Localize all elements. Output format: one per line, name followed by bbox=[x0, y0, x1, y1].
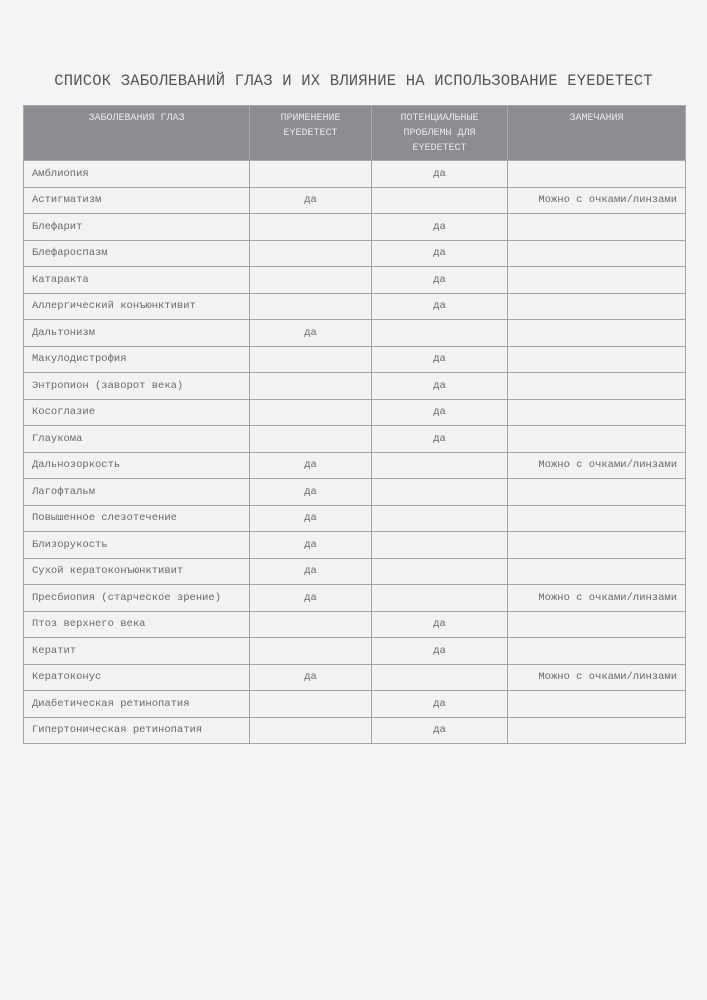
disease-name-cell: Лагофтальм bbox=[24, 479, 250, 506]
application-cell bbox=[250, 638, 372, 665]
table-row: Блефаритда bbox=[24, 214, 686, 241]
potential-problem-cell bbox=[372, 320, 508, 347]
table-row: КератоконусдаМожно с очками/линзами bbox=[24, 664, 686, 691]
potential-problem-cell: да bbox=[372, 240, 508, 267]
application-cell: да bbox=[250, 558, 372, 585]
header-notes: ЗАМЕЧАНИЯ bbox=[508, 106, 686, 161]
note-cell bbox=[508, 293, 686, 320]
potential-problem-cell bbox=[372, 187, 508, 214]
application-cell: да bbox=[250, 187, 372, 214]
disease-name-cell: Амблиопия bbox=[24, 161, 250, 188]
potential-problem-cell: да bbox=[372, 717, 508, 744]
note-cell bbox=[508, 373, 686, 400]
table-body: АмблиопиядаАстигматизмдаМожно с очками/л… bbox=[24, 161, 686, 744]
note-cell bbox=[508, 638, 686, 665]
disease-name-cell: Макулодистрофия bbox=[24, 346, 250, 373]
potential-problem-cell: да bbox=[372, 267, 508, 294]
note-cell bbox=[508, 399, 686, 426]
note-cell bbox=[508, 267, 686, 294]
application-cell bbox=[250, 346, 372, 373]
potential-problem-cell: да bbox=[372, 161, 508, 188]
table-row: Амблиопияда bbox=[24, 161, 686, 188]
table-row: Диабетическая ретинопатияда bbox=[24, 691, 686, 718]
disease-name-cell: Дальтонизм bbox=[24, 320, 250, 347]
note-cell bbox=[508, 691, 686, 718]
note-cell bbox=[508, 214, 686, 241]
potential-problem-cell bbox=[372, 558, 508, 585]
table-row: ДальнозоркостьдаМожно с очками/линзами bbox=[24, 452, 686, 479]
potential-problem-cell: да bbox=[372, 426, 508, 453]
header-application: ПРИМЕНЕНИЕ EYEDETECT bbox=[250, 106, 372, 161]
header-potential-problems: ПОТЕНЦИАЛЬНЫЕ ПРОБЛЕМЫ ДЛЯ EYEDETECT bbox=[372, 106, 508, 161]
note-cell bbox=[508, 532, 686, 559]
application-cell bbox=[250, 240, 372, 267]
table-row: Птоз верхнего векада bbox=[24, 611, 686, 638]
note-cell bbox=[508, 479, 686, 506]
potential-problem-cell: да bbox=[372, 373, 508, 400]
disease-name-cell: Катаракта bbox=[24, 267, 250, 294]
application-cell bbox=[250, 293, 372, 320]
potential-problem-cell bbox=[372, 664, 508, 691]
application-cell bbox=[250, 399, 372, 426]
application-cell bbox=[250, 161, 372, 188]
disease-name-cell: Птоз верхнего века bbox=[24, 611, 250, 638]
page-title: СПИСОК ЗАБОЛЕВАНИЙ ГЛАЗ И ИХ ВЛИЯНИЕ НА … bbox=[0, 72, 707, 90]
table-row: Гипертоническая ретинопатияда bbox=[24, 717, 686, 744]
disease-name-cell: Сухой кератоконъюнктивит bbox=[24, 558, 250, 585]
disease-name-cell: Энтропион (заворот века) bbox=[24, 373, 250, 400]
note-cell: Можно с очками/линзами bbox=[508, 664, 686, 691]
note-cell bbox=[508, 611, 686, 638]
potential-problem-cell: да bbox=[372, 611, 508, 638]
table-row: Косоглазиеда bbox=[24, 399, 686, 426]
table-row: Дальтонизмда bbox=[24, 320, 686, 347]
application-cell bbox=[250, 267, 372, 294]
potential-problem-cell bbox=[372, 452, 508, 479]
disease-name-cell: Гипертоническая ретинопатия bbox=[24, 717, 250, 744]
potential-problem-cell: да bbox=[372, 346, 508, 373]
application-cell: да bbox=[250, 320, 372, 347]
potential-problem-cell: да bbox=[372, 293, 508, 320]
table-row: Близорукостьда bbox=[24, 532, 686, 559]
disease-name-cell: Пресбиопия (старческое зрение) bbox=[24, 585, 250, 612]
application-cell: да bbox=[250, 505, 372, 532]
potential-problem-cell bbox=[372, 585, 508, 612]
disease-name-cell: Повышенное слезотечение bbox=[24, 505, 250, 532]
table-row: Глаукомада bbox=[24, 426, 686, 453]
potential-problem-cell bbox=[372, 479, 508, 506]
potential-problem-cell: да bbox=[372, 214, 508, 241]
disease-name-cell: Диабетическая ретинопатия bbox=[24, 691, 250, 718]
note-cell bbox=[508, 505, 686, 532]
note-cell bbox=[508, 558, 686, 585]
application-cell bbox=[250, 373, 372, 400]
disease-name-cell: Близорукость bbox=[24, 532, 250, 559]
table-row: Блефароспазмда bbox=[24, 240, 686, 267]
note-cell: Можно с очками/линзами bbox=[508, 452, 686, 479]
table-header-row: ЗАБОЛЕВАНИЯ ГЛАЗ ПРИМЕНЕНИЕ EYEDETECT ПО… bbox=[24, 106, 686, 161]
application-cell bbox=[250, 611, 372, 638]
table-row: Кератитда bbox=[24, 638, 686, 665]
table-row: Повышенное слезотечениеда bbox=[24, 505, 686, 532]
disease-name-cell: Аллергический конъюнктивит bbox=[24, 293, 250, 320]
note-cell bbox=[508, 346, 686, 373]
disease-name-cell: Астигматизм bbox=[24, 187, 250, 214]
header-disease: ЗАБОЛЕВАНИЯ ГЛАЗ bbox=[24, 106, 250, 161]
table-row: Сухой кератоконъюнктивитда bbox=[24, 558, 686, 585]
table-row: Аллергический конъюнктивитда bbox=[24, 293, 686, 320]
potential-problem-cell bbox=[372, 532, 508, 559]
application-cell: да bbox=[250, 452, 372, 479]
disease-name-cell: Дальнозоркость bbox=[24, 452, 250, 479]
table-row: Катарактада bbox=[24, 267, 686, 294]
table-row: Энтропион (заворот века)да bbox=[24, 373, 686, 400]
potential-problem-cell bbox=[372, 505, 508, 532]
table-row: Лагофтальмда bbox=[24, 479, 686, 506]
disease-name-cell: Косоглазие bbox=[24, 399, 250, 426]
disease-name-cell: Кератит bbox=[24, 638, 250, 665]
application-cell bbox=[250, 426, 372, 453]
application-cell: да bbox=[250, 479, 372, 506]
note-cell: Можно с очками/линзами bbox=[508, 585, 686, 612]
note-cell bbox=[508, 426, 686, 453]
eye-diseases-table: ЗАБОЛЕВАНИЯ ГЛАЗ ПРИМЕНЕНИЕ EYEDETECT ПО… bbox=[23, 105, 686, 744]
note-cell bbox=[508, 161, 686, 188]
application-cell: да bbox=[250, 532, 372, 559]
note-cell bbox=[508, 717, 686, 744]
application-cell bbox=[250, 717, 372, 744]
table-row: Макулодистрофияда bbox=[24, 346, 686, 373]
application-cell: да bbox=[250, 585, 372, 612]
disease-name-cell: Блефароспазм bbox=[24, 240, 250, 267]
table-row: АстигматизмдаМожно с очками/линзами bbox=[24, 187, 686, 214]
application-cell bbox=[250, 691, 372, 718]
disease-name-cell: Кератоконус bbox=[24, 664, 250, 691]
disease-name-cell: Блефарит bbox=[24, 214, 250, 241]
potential-problem-cell: да bbox=[372, 399, 508, 426]
table-row: Пресбиопия (старческое зрение)даМожно с … bbox=[24, 585, 686, 612]
application-cell: да bbox=[250, 664, 372, 691]
note-cell bbox=[508, 320, 686, 347]
note-cell: Можно с очками/линзами bbox=[508, 187, 686, 214]
application-cell bbox=[250, 214, 372, 241]
potential-problem-cell: да bbox=[372, 691, 508, 718]
note-cell bbox=[508, 240, 686, 267]
disease-name-cell: Глаукома bbox=[24, 426, 250, 453]
potential-problem-cell: да bbox=[372, 638, 508, 665]
